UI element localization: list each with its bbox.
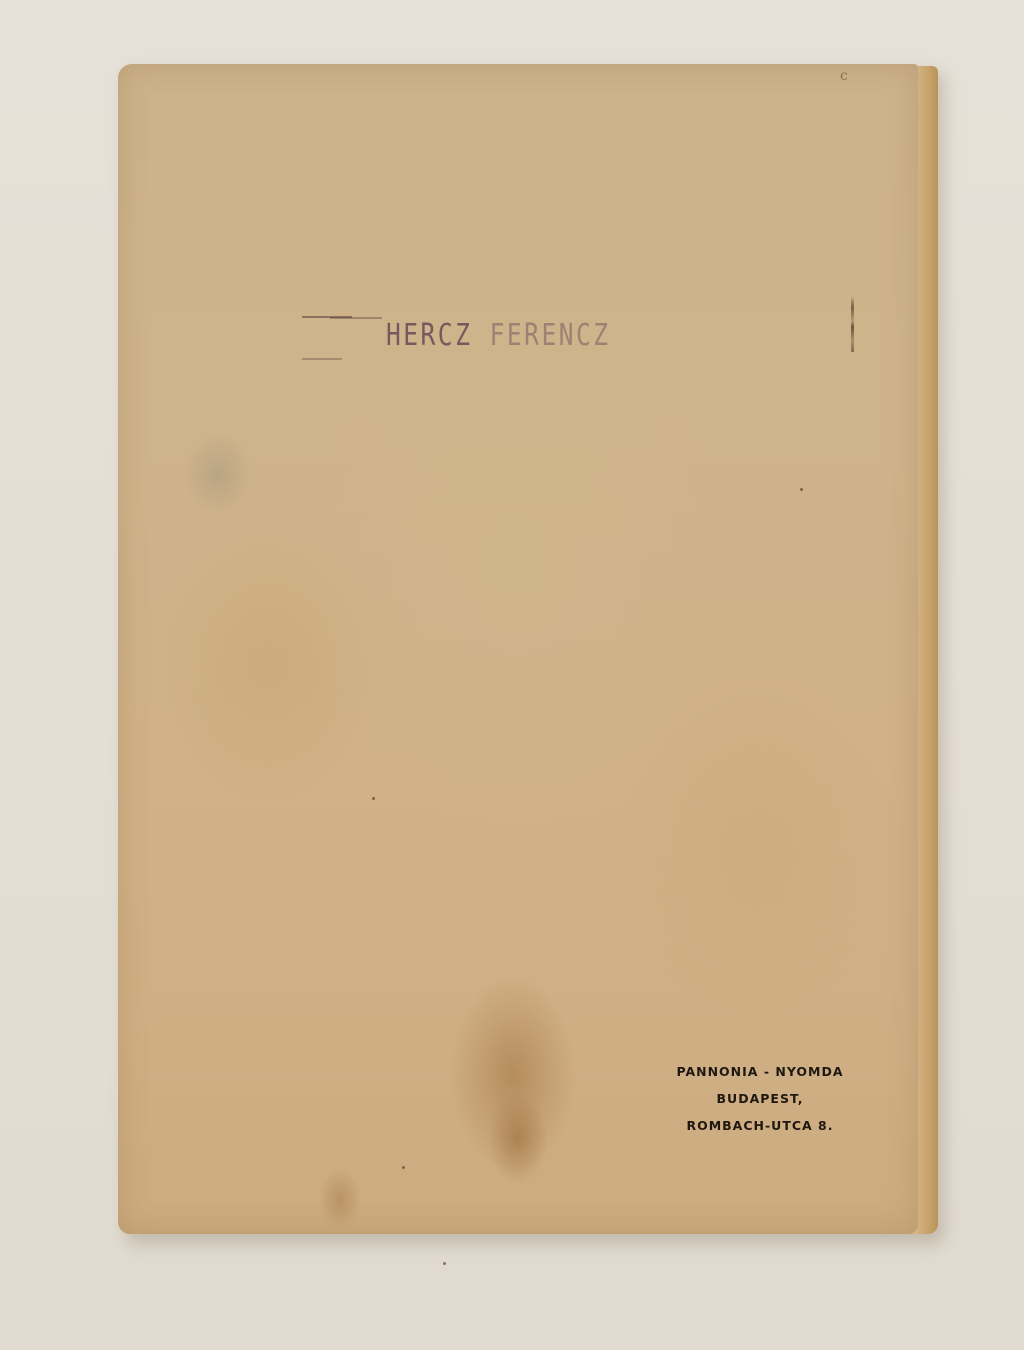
imprint-line-city: BUDAPEST,: [662, 1085, 858, 1112]
paper-speck: [402, 1166, 405, 1169]
imprint-line-printer: PANNONIA - NYOMDA: [662, 1058, 858, 1085]
stamp-rule-top-2: [330, 317, 382, 319]
corner-pencil-mark: c: [840, 68, 848, 84]
imprint-line-address: ROMBACH-UTCA 8.: [662, 1112, 858, 1139]
stamp-given-name: FERENCZ: [490, 318, 611, 353]
owner-stamp: HERCZ FERENCZ: [386, 318, 611, 353]
stamp-surname: HERCZ: [386, 318, 472, 353]
paper-speck: [800, 488, 803, 491]
stamp-rule-bottom: [302, 358, 342, 360]
paper-speck: [372, 797, 375, 800]
paper-speck: [443, 1262, 446, 1265]
printer-imprint: PANNONIA - NYOMDA BUDAPEST, ROMBACH-UTCA…: [662, 1058, 858, 1139]
side-ink-mark: [851, 296, 854, 352]
